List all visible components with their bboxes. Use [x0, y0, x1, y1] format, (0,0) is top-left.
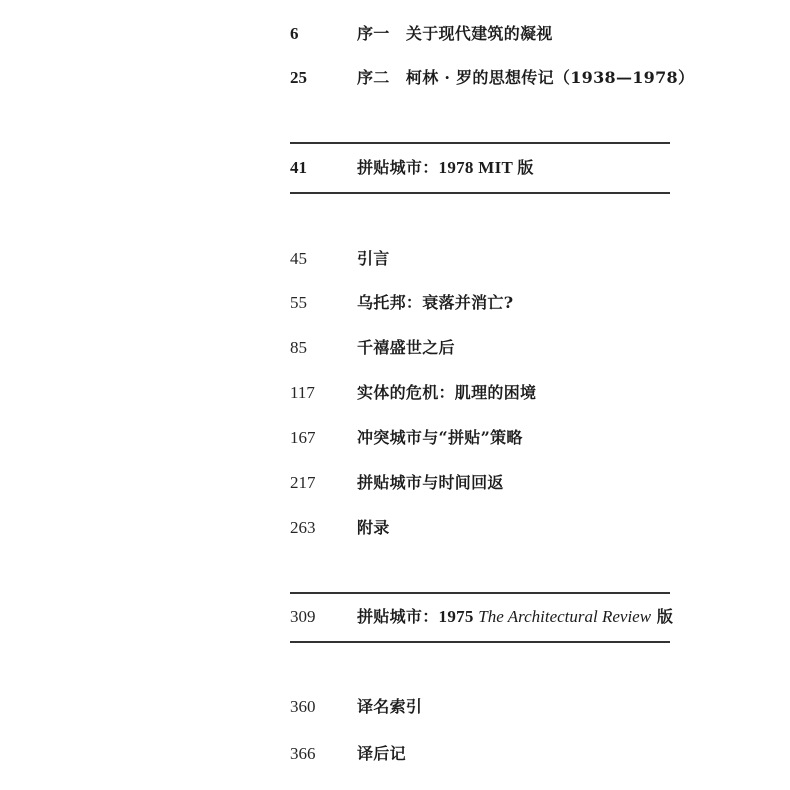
toc-entry-crisis-of-object[interactable]: 117 实体的危机：肌理的困境	[290, 381, 670, 405]
title-latin: 1975	[439, 607, 479, 626]
toc-entry-name-index[interactable]: 360 译名索引	[290, 695, 670, 719]
toc-entry-part-1975-ar[interactable]: 309 拼贴城市：1975 The Architectural Review 版	[290, 605, 670, 629]
page-number: 366	[290, 742, 350, 766]
toc-entry-preface-2[interactable]: 25 序二 柯林 · 罗的思想传记（1938—1978）	[290, 66, 670, 90]
toc-entry-after-millennium[interactable]: 85 千禧盛世之后	[290, 336, 670, 360]
page-number: 25	[290, 66, 350, 90]
toc-entry-collage-city-time[interactable]: 217 拼贴城市与时间回返	[290, 471, 670, 495]
entry-title: 拼贴城市：1978 MIT 版	[357, 156, 534, 180]
entry-title: 序二 柯林 · 罗的思想传记（1938—1978）	[357, 66, 694, 90]
entry-title: 引言	[357, 247, 390, 271]
toc-entry-collision-city[interactable]: 167 冲突城市与“拼贴”策略	[290, 426, 670, 450]
page-number: 45	[290, 247, 350, 271]
page-number: 360	[290, 695, 350, 719]
title-suffix: 版	[651, 607, 673, 626]
page-number: 85	[290, 336, 350, 360]
toc-entry-part-1978-mit[interactable]: 41 拼贴城市：1978 MIT 版	[290, 156, 670, 180]
entry-title: 拼贴城市与时间回返	[357, 471, 504, 495]
section-divider-bottom	[290, 192, 670, 194]
page-number: 217	[290, 471, 350, 495]
entry-title: 千禧盛世之后	[357, 336, 455, 360]
entry-title: 附录	[357, 516, 390, 540]
entry-title: 序一 关于现代建筑的凝视	[357, 22, 553, 46]
toc-entry-introduction[interactable]: 45 引言	[290, 247, 670, 271]
entry-title: 拼贴城市：1975 The Architectural Review 版	[357, 605, 673, 629]
entry-title: 冲突城市与“拼贴”策略	[357, 426, 523, 450]
section-divider-bottom	[290, 641, 670, 643]
section-divider-top	[290, 142, 670, 144]
toc-entry-preface-1[interactable]: 6 序一 关于现代建筑的凝视	[290, 22, 670, 46]
toc-entry-appendix[interactable]: 263 附录	[290, 516, 670, 540]
entry-title: 译后记	[357, 742, 406, 766]
entry-title: 乌托邦：衰落并消亡?	[357, 291, 513, 315]
title-cn: 拼贴城市：	[357, 607, 439, 626]
page-number: 309	[290, 605, 350, 629]
toc-entry-utopia[interactable]: 55 乌托邦：衰落并消亡?	[290, 291, 670, 315]
title-cn: 拼贴城市：	[357, 158, 439, 177]
table-of-contents: 6 序一 关于现代建筑的凝视 25 序二 柯林 · 罗的思想传记（1938—19…	[0, 0, 790, 790]
page-number: 55	[290, 291, 350, 315]
page-number: 41	[290, 156, 350, 180]
toc-entry-translator-afterword[interactable]: 366 译后记	[290, 742, 670, 766]
entry-title: 译名索引	[357, 695, 422, 719]
title-suffix: 版	[517, 158, 533, 177]
page-number: 263	[290, 516, 350, 540]
title-italic: The Architectural Review	[478, 607, 651, 626]
title-latin: 1978 MIT	[439, 158, 518, 177]
page-number: 167	[290, 426, 350, 450]
section-divider-top	[290, 592, 670, 594]
page-number: 117	[290, 381, 350, 405]
page-number: 6	[290, 22, 350, 46]
entry-title: 实体的危机：肌理的困境	[357, 381, 536, 405]
